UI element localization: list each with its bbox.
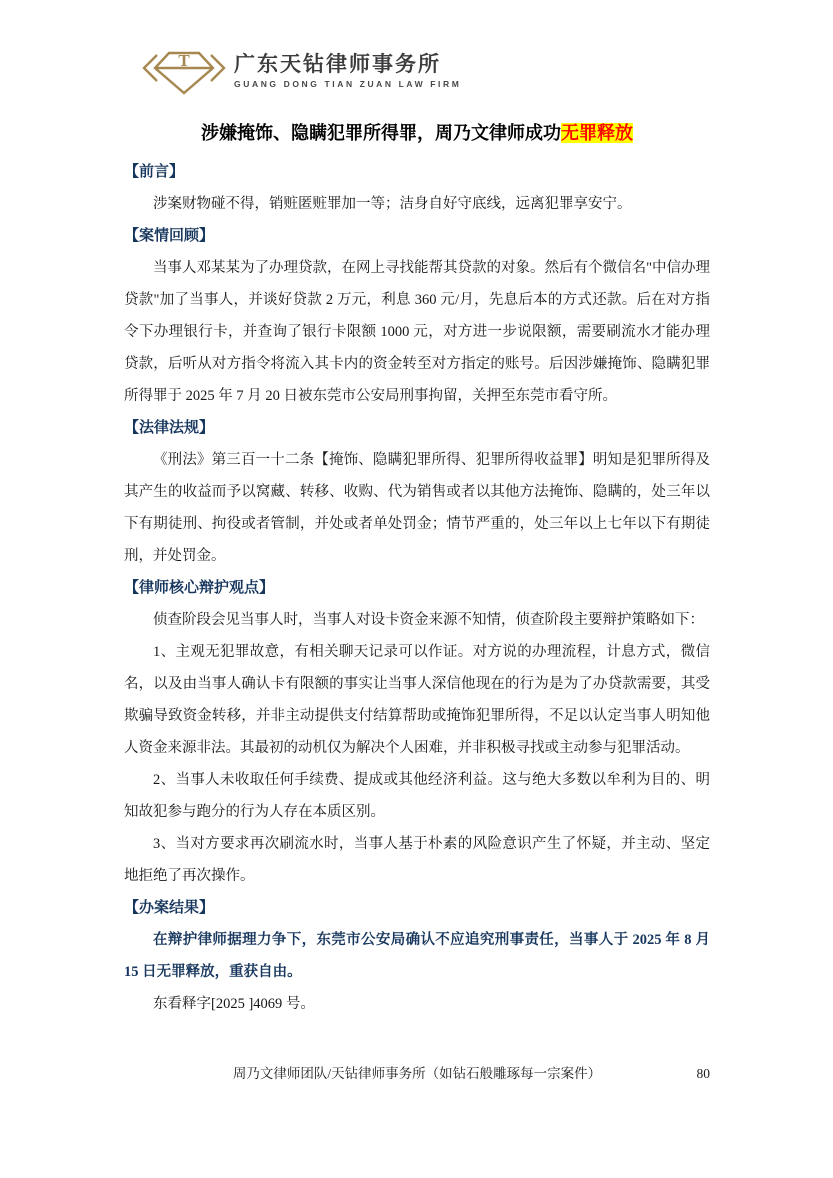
- section-heading-result: 【办案结果】: [124, 892, 710, 924]
- article-title-highlight: 无罪释放: [561, 123, 633, 143]
- paragraph-defense-point-3: 3、当对方要求再次刷流水时，当事人基于朴素的风险意识产生了怀疑，并主动、坚定地拒…: [124, 828, 710, 892]
- paragraph-preface: 涉案财物碰不得，销赃匿赃罪加一等；洁身自好守底线，远离犯罪享安宁。: [124, 188, 710, 220]
- article-title: 涉嫌掩饰、隐瞒犯罪所得罪，周乃文律师成功无罪释放: [124, 120, 710, 146]
- section-heading-preface: 【前言】: [124, 156, 710, 188]
- paragraph-defense-point-2: 2、当事人未收取任何手续费、提成或其他经济利益。这与绝大多数以牟利为目的、明知故…: [124, 764, 710, 828]
- document-page: T 广东天钻律师事务所 GUANG DONG TIAN ZUAN LAW FIR…: [0, 0, 833, 1178]
- paragraph-case-review: 当事人邓某某为了办理贷款，在网上寻找能帮其贷款的对象。然后有个微信名"中信办理贷…: [124, 252, 710, 412]
- article-title-text: 涉嫌掩饰、隐瞒犯罪所得罪，周乃文律师成功: [201, 123, 561, 143]
- section-heading-law: 【法律法规】: [124, 412, 710, 444]
- page-number: 80: [697, 1064, 711, 1084]
- article-body: 【前言】 涉案财物碰不得，销赃匿赃罪加一等；洁身自好守底线，远离犯罪享安宁。 【…: [124, 156, 710, 1020]
- paragraph-law: 《刑法》第三百一十二条【掩饰、隐瞒犯罪所得、犯罪所得收益罪】明知是犯罪所得及其产…: [124, 444, 710, 572]
- section-heading-defense-points: 【律师核心辩护观点】: [124, 572, 710, 604]
- law-firm-name-cn: 广东天钻律师事务所: [234, 53, 461, 77]
- diamond-logo-icon: T: [142, 44, 226, 98]
- svg-text:T: T: [178, 51, 190, 70]
- footer-text: 周乃文律师团队/天钻律师事务所（如钻石般雕琢每一宗案件）: [233, 1066, 601, 1081]
- paragraph-result-emphasis: 在辩护律师据理力争下，东莞市公安局确认不应追究刑事责任，当事人于 2025 年 …: [124, 924, 710, 988]
- paragraph-release-number: 东看释字[2025 ]4069 号。: [124, 988, 710, 1020]
- page-footer: 周乃文律师团队/天钻律师事务所（如钻石般雕琢每一宗案件） 80: [124, 1064, 710, 1084]
- law-firm-name: 广东天钻律师事务所 GUANG DONG TIAN ZUAN LAW FIRM: [234, 53, 461, 89]
- section-heading-case-review: 【案情回顾】: [124, 220, 710, 252]
- paragraph-defense-point-1: 1、主观无犯罪故意，有相关聊天记录可以作证。对方说的办理流程，计息方式，微信名，…: [124, 636, 710, 764]
- paragraph-defense-intro: 侦查阶段会见当事人时，当事人对设卡资金来源不知情，侦查阶段主要辩护策略如下：: [124, 604, 710, 636]
- law-firm-logo: T 广东天钻律师事务所 GUANG DONG TIAN ZUAN LAW FIR…: [142, 44, 461, 98]
- law-firm-name-en: GUANG DONG TIAN ZUAN LAW FIRM: [234, 79, 461, 89]
